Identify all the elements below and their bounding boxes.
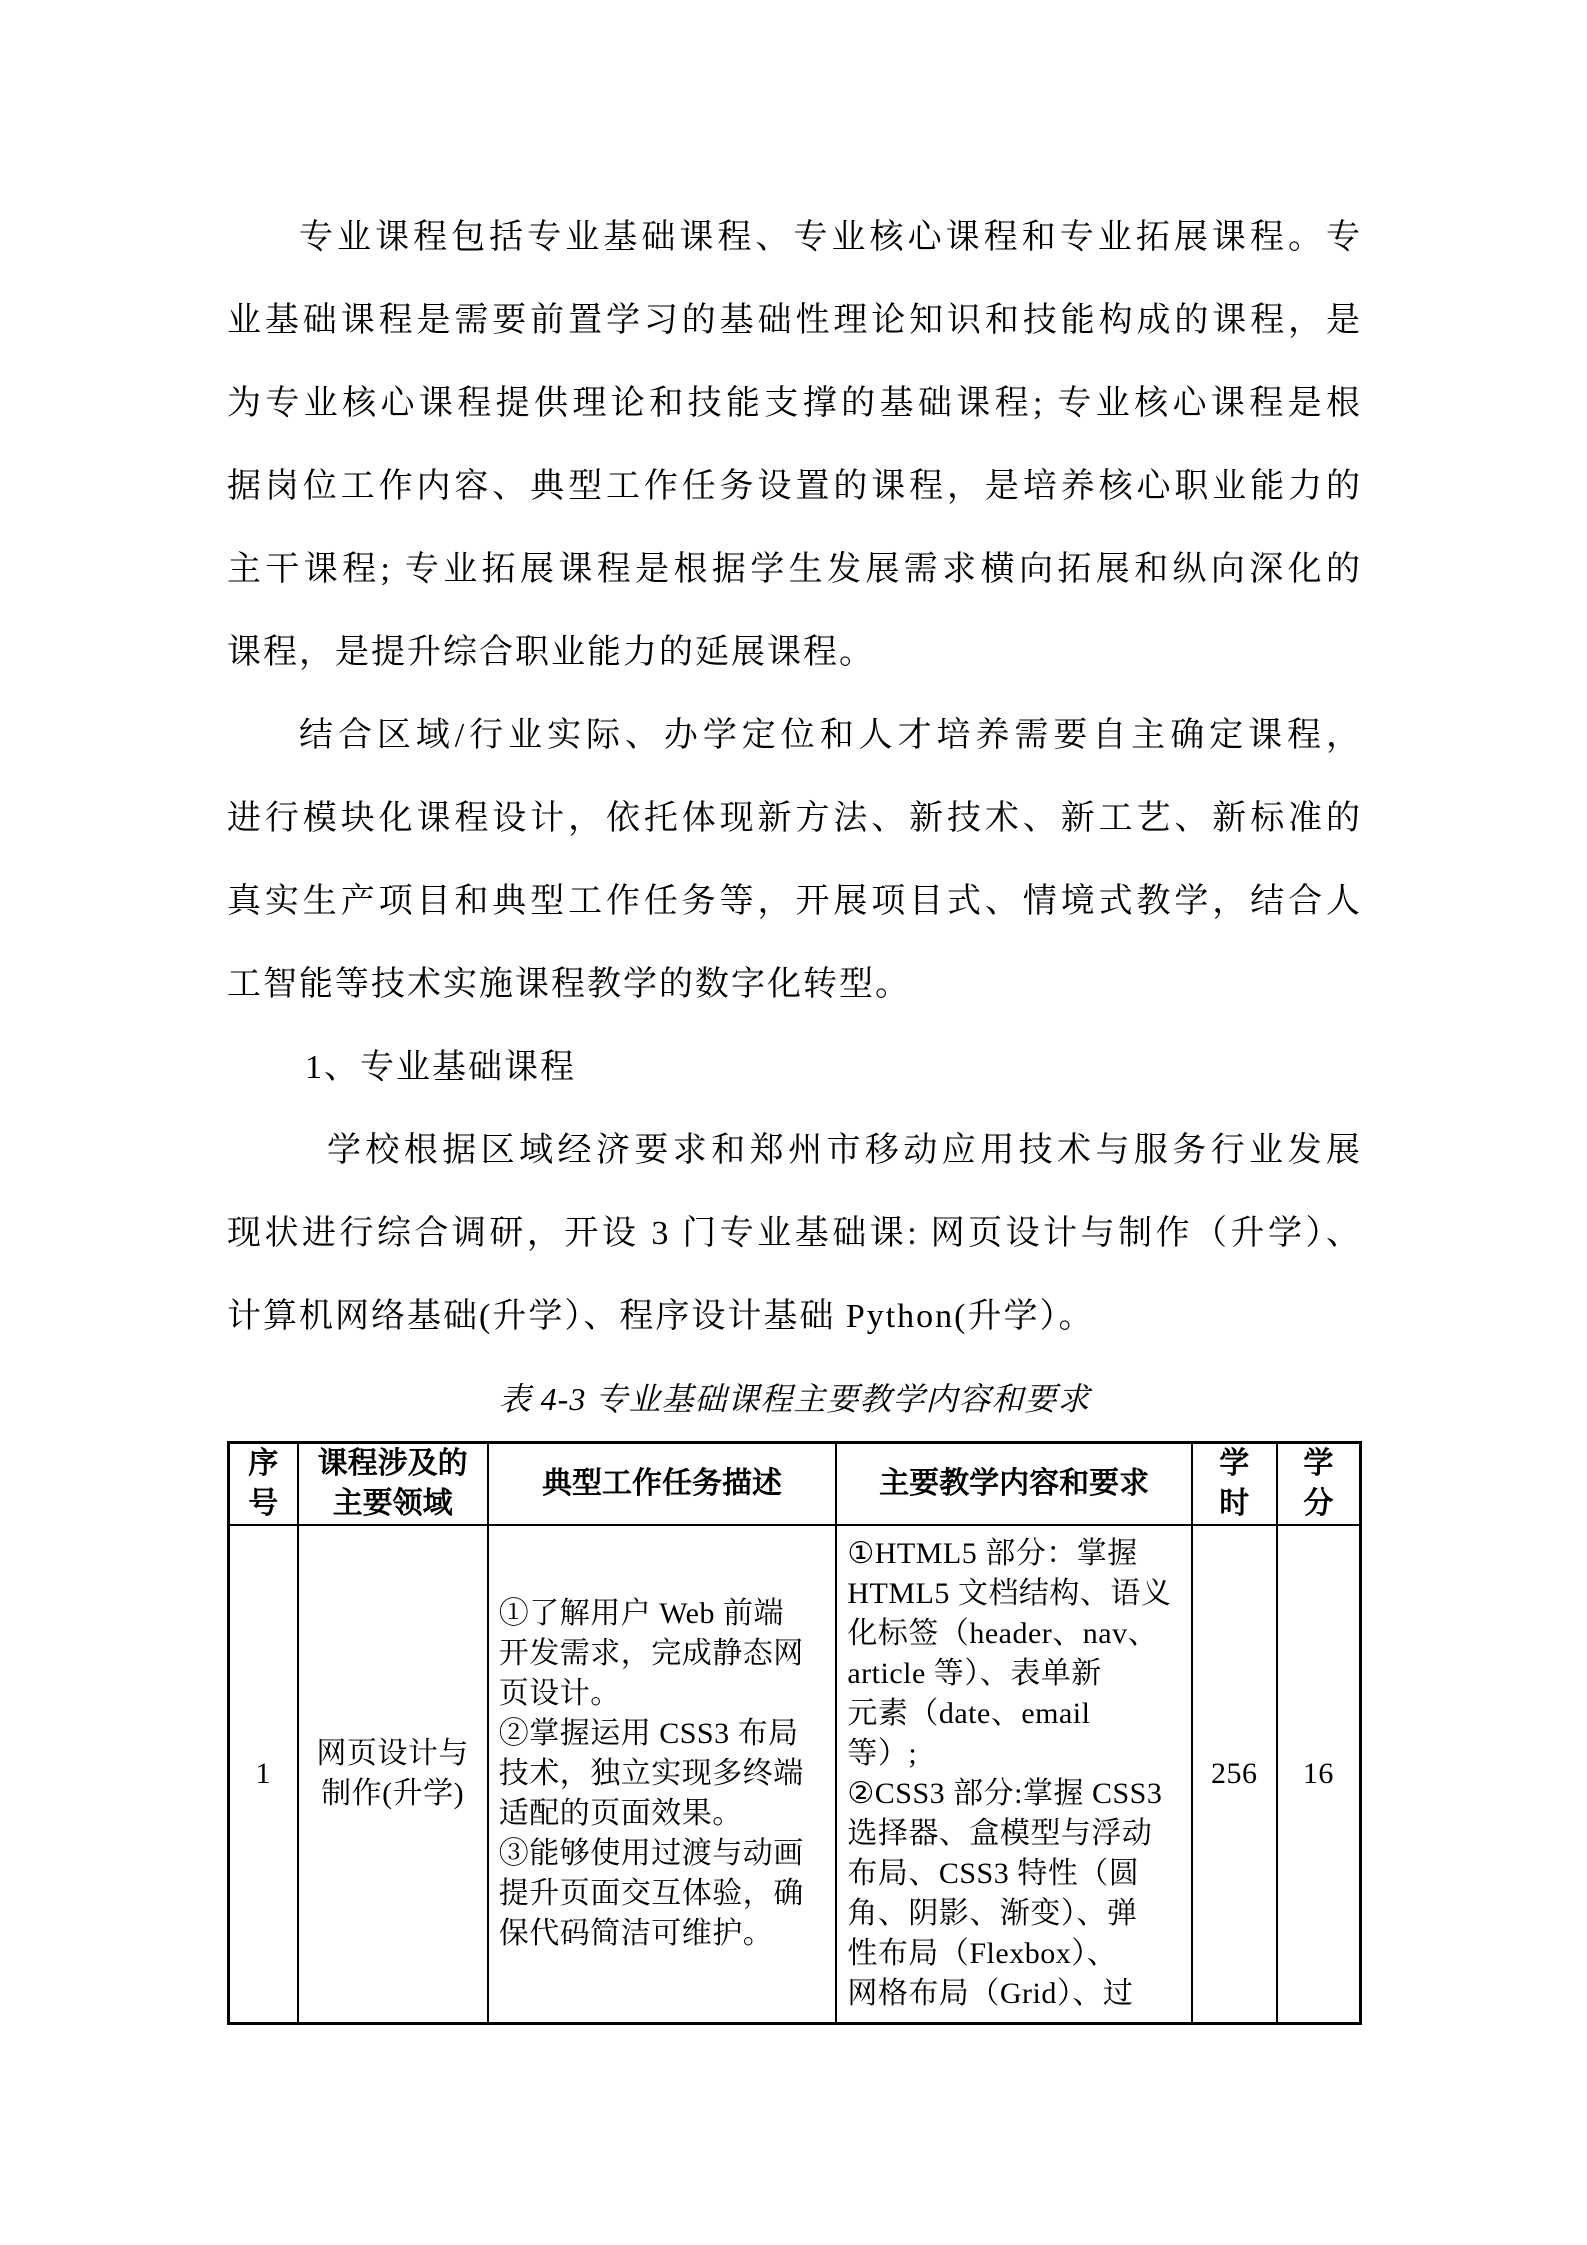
column-header-course-domain: 课程涉及的 主要领域 <box>298 1443 488 1526</box>
table-row: 1网页设计与 制作(升学)①了解用户 Web 前端 开发需求，完成静态网 页设计… <box>229 1525 1361 2023</box>
text-line: 为专业核心课程提供理论和技能支撑的基础课程; 专业核心课程是根 <box>227 362 1362 445</box>
cell-teaching-content: ①HTML5 部分：掌握 HTML5 文档结构、语义 化标签（header、na… <box>836 1525 1191 2023</box>
text-line: 结合区域/行业实际、办学定位和人才培养需要自主确定课程， <box>227 694 1362 777</box>
document-page: 专业课程包括专业基础课程、专业核心课程和专业拓展课程。专业基础课程是需要前置学习… <box>0 0 1587 2245</box>
column-header-seq: 序 号 <box>229 1443 298 1526</box>
cell-credits: 16 <box>1277 1525 1361 2023</box>
cell-seq: 1 <box>229 1525 298 2023</box>
text-line: 进行模块化课程设计，依托体现新方法、新技术、新工艺、新标准的 <box>227 777 1362 860</box>
text-line: 计算机网络基础(升学）、程序设计基础 Python(升学）。 <box>227 1275 1362 1358</box>
text-line: 主干课程; 专业拓展课程是根据学生发展需求横向拓展和纵向深化的 <box>227 528 1362 611</box>
text-line: 业基础课程是需要前置学习的基础性理论知识和技能构成的课程，是 <box>227 279 1362 362</box>
text-line: 现状进行综合调研，开设 3 门专业基础课: 网页设计与制作（升学）、 <box>227 1192 1362 1275</box>
text-line: 真实生产项目和典型工作任务等，开展项目式、情境式教学，结合人 <box>227 860 1362 943</box>
table-body: 1网页设计与 制作(升学)①了解用户 Web 前端 开发需求，完成静态网 页设计… <box>229 1525 1361 2023</box>
text-line: 据岗位工作内容、典型工作任务设置的课程，是培养核心职业能力的 <box>227 445 1362 528</box>
text-line: 工智能等技术实施课程教学的数字化转型。 <box>227 943 1362 1026</box>
cell-task-description: ①了解用户 Web 前端 开发需求，完成静态网 页设计。 ②掌握运用 CSS3 … <box>488 1525 837 2023</box>
body-paragraphs: 专业课程包括专业基础课程、专业核心课程和专业拓展课程。专业基础课程是需要前置学习… <box>227 196 1362 1358</box>
column-header-credits: 学 分 <box>1277 1443 1361 1526</box>
para-professional-courses: 专业课程包括专业基础课程、专业核心课程和专业拓展课程。专业基础课程是需要前置学习… <box>227 196 1362 694</box>
column-header-teaching-content: 主要教学内容和要求 <box>836 1443 1191 1526</box>
cell-course-domain: 网页设计与 制作(升学) <box>298 1525 488 2023</box>
heading-basic-courses: 1、专业基础课程 <box>227 1026 1362 1109</box>
text-line: 专业课程包括专业基础课程、专业核心课程和专业拓展课程。专 <box>227 196 1362 279</box>
column-header-hours: 学 时 <box>1192 1443 1277 1526</box>
document-content: 专业课程包括专业基础课程、专业核心课程和专业拓展课程。专业基础课程是需要前置学习… <box>227 196 1362 2025</box>
table-header-row: 序 号课程涉及的 主要领域典型工作任务描述主要教学内容和要求学 时学 分 <box>229 1443 1361 1526</box>
table-caption: 表 4-3 专业基础课程主要教学内容和要求 <box>227 1358 1362 1441</box>
text-line: 学校根据区域经济要求和郑州市移动应用技术与服务行业发展 <box>227 1109 1362 1192</box>
text-line: 1、专业基础课程 <box>227 1026 1362 1109</box>
cell-hours: 256 <box>1192 1525 1277 2023</box>
text-line: 课程，是提升综合职业能力的延展课程。 <box>227 611 1362 694</box>
course-table: 序 号课程涉及的 主要领域典型工作任务描述主要教学内容和要求学 时学 分 1网页… <box>227 1441 1362 2025</box>
table-header: 序 号课程涉及的 主要领域典型工作任务描述主要教学内容和要求学 时学 分 <box>229 1443 1361 1526</box>
para-school-research: 学校根据区域经济要求和郑州市移动应用技术与服务行业发展现状进行综合调研，开设 3… <box>227 1109 1362 1358</box>
para-curriculum-design: 结合区域/行业实际、办学定位和人才培养需要自主确定课程，进行模块化课程设计，依托… <box>227 694 1362 1026</box>
column-header-task-description: 典型工作任务描述 <box>488 1443 837 1526</box>
